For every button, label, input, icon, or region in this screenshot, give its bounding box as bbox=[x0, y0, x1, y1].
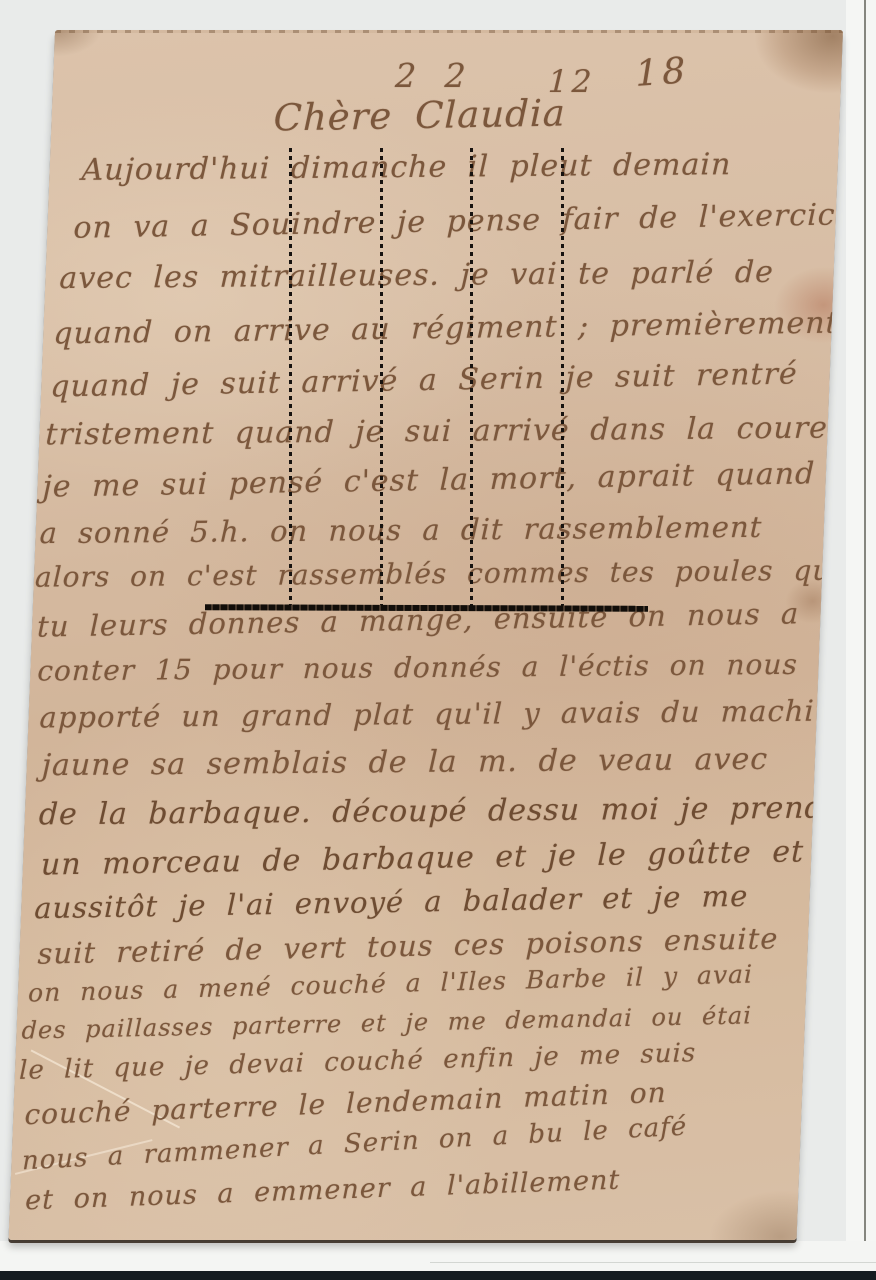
stain-top-left-corner bbox=[51, 30, 102, 57]
handwriting-line: jaune sa semblais de la m. de veau avec bbox=[41, 742, 768, 783]
handwriting-line: avec les mitrailleuses. je vai te parlé … bbox=[59, 255, 774, 296]
handwriting-line: Aujourd'hui dimanche il pleut demain bbox=[81, 147, 732, 188]
handwriting-line: de la barbaque. découpé dessu moi je pre… bbox=[38, 791, 825, 833]
stain-bottom-right-corner bbox=[708, 1190, 800, 1240]
handwriting-line: alors on c'est rassemblés commes tes pou… bbox=[35, 553, 843, 593]
handwriting-line: quand on arrive au régiment ; premièreme… bbox=[53, 306, 839, 352]
stain-top-right-corner bbox=[749, 30, 843, 96]
date-year: 18 bbox=[635, 50, 690, 95]
handwriting-line: apporté un grand plat qu'il y avais du m… bbox=[39, 694, 835, 735]
handwriting-line: et on nous a emmener a l'abillement bbox=[25, 1165, 620, 1217]
handwriting-line: je me sui pensé c'est la mort, aprait qu… bbox=[42, 456, 816, 504]
scanner-edge-line bbox=[864, 0, 866, 1280]
handwriting-line: aussitôt je l'ai envoyé a balader et je … bbox=[34, 879, 749, 925]
handwriting-line: quand je suit arrivé a Serin je suit ren… bbox=[50, 356, 798, 404]
handwriting-line: tu leurs donnes a mangé, ensuite on nous… bbox=[37, 596, 800, 643]
dotted-divider-rule-1 bbox=[289, 148, 292, 610]
scanner-bottom-band bbox=[0, 1271, 876, 1280]
scanner-right-margin bbox=[846, 0, 876, 1280]
date-day: 2 2 bbox=[395, 56, 471, 95]
dotted-divider-rule-4 bbox=[561, 148, 564, 610]
scanned-postcard-back: 2 2 12 18 Chère Claudia Aujourd'hui dima… bbox=[0, 0, 876, 1280]
handwriting-line: un morceau de barbaque et je le goûtte e… bbox=[41, 834, 805, 882]
handwriting-line: on va a Souindre je pense fair de l'exer… bbox=[73, 197, 843, 246]
dotted-divider-rule-3 bbox=[470, 148, 473, 610]
handwriting-line: a sonné 5.h. on nous a dit rassemblement bbox=[39, 510, 763, 550]
salutation: Chère Claudia bbox=[273, 91, 566, 139]
handwriting-line: tristement quand je sui arrivé dans la c… bbox=[45, 411, 829, 453]
handwriting-line: conter 15 pour nous donnés a l'éctis on … bbox=[37, 648, 836, 688]
scanner-seam-line bbox=[430, 1262, 876, 1263]
handwriting-line: des paillasses parterre et je me demanda… bbox=[21, 1001, 752, 1044]
postcard-paper: 2 2 12 18 Chère Claudia Aujourd'hui dima… bbox=[9, 30, 843, 1240]
dotted-divider-rule-2 bbox=[380, 148, 383, 610]
